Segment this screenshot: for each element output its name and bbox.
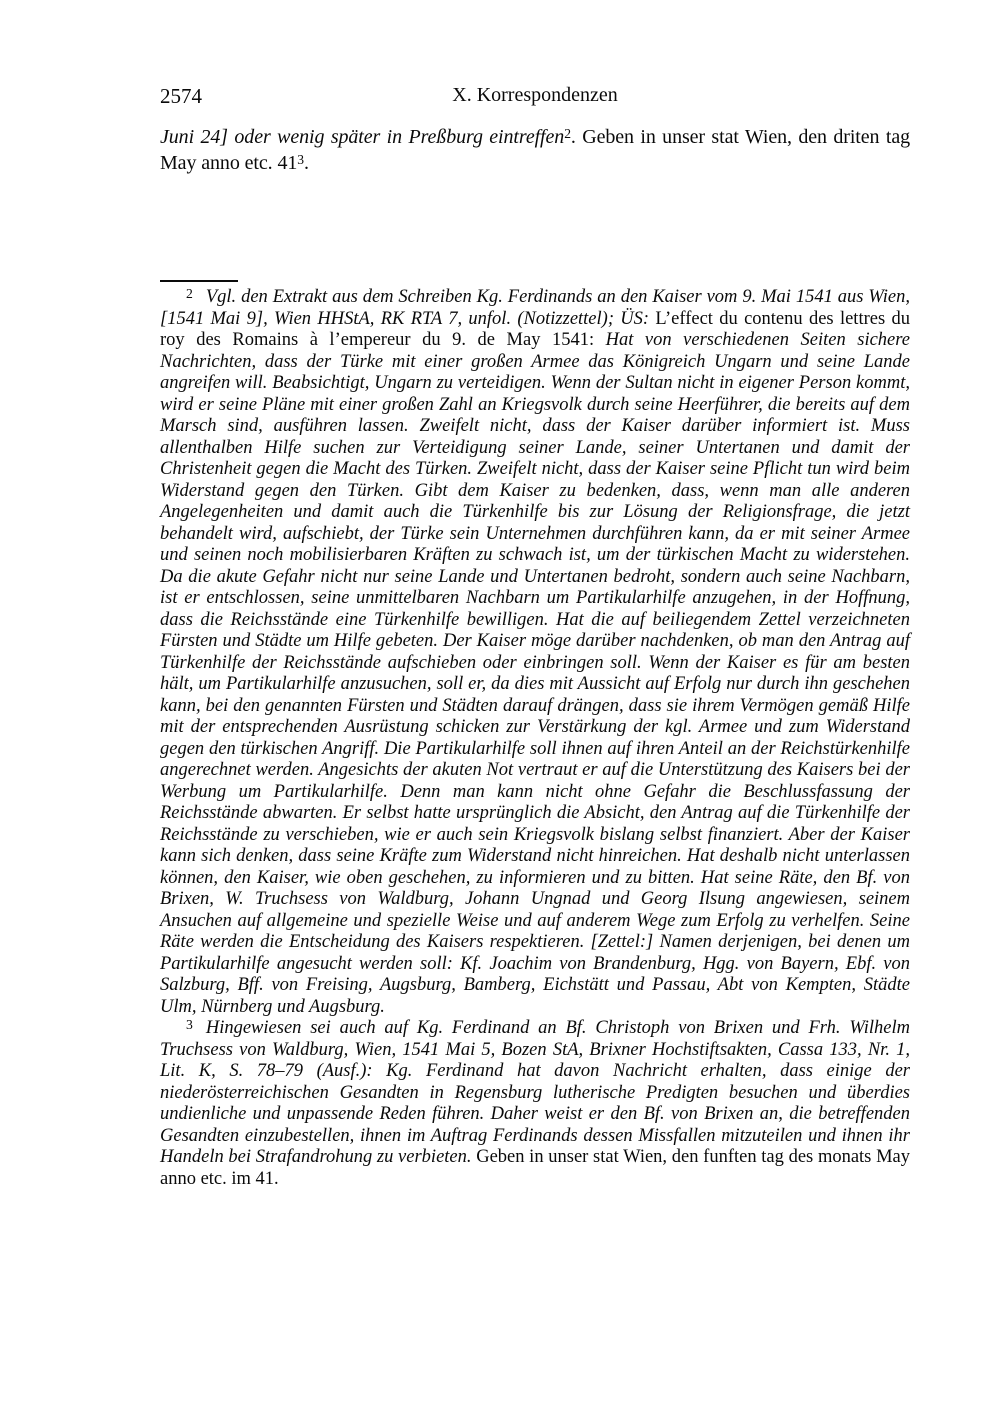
footnote-separator-rule: [160, 280, 238, 282]
text-segment: 3: [186, 1017, 206, 1032]
main-text-paragraph: Juni 24] oder wenig später in Preßburg e…: [160, 124, 910, 176]
running-head: X. Korrespondenzen: [160, 84, 910, 107]
page-header: 2574 X. Korrespondenzen: [160, 84, 910, 108]
book-page: 2574 X. Korrespondenzen Juni 24] oder we…: [0, 0, 1004, 1418]
footnote-3: 3Hingewiesen sei auch auf Kg. Ferdinand …: [160, 1018, 910, 1190]
text-segment: Hingewiesen sei auch auf Kg. Ferdinand a…: [160, 1018, 910, 1167]
text-segment: Juni 24] oder wenig später in Preßburg e…: [160, 126, 564, 148]
text-segment: Hat von verschiedenen Seiten sichere Nac…: [160, 330, 910, 1017]
text-segment: 3: [297, 152, 304, 167]
text-segment: .: [304, 152, 309, 174]
text-segment: 2: [186, 286, 206, 301]
footnotes-section: 2Vgl. den Extrakt aus dem Schreiben Kg. …: [160, 287, 910, 1190]
footnote-2: 2Vgl. den Extrakt aus dem Schreiben Kg. …: [160, 287, 910, 1018]
text-segment: 2: [564, 126, 571, 141]
text-column: 2574 X. Korrespondenzen Juni 24] oder we…: [160, 0, 910, 1190]
page-number: 2574: [160, 84, 202, 109]
